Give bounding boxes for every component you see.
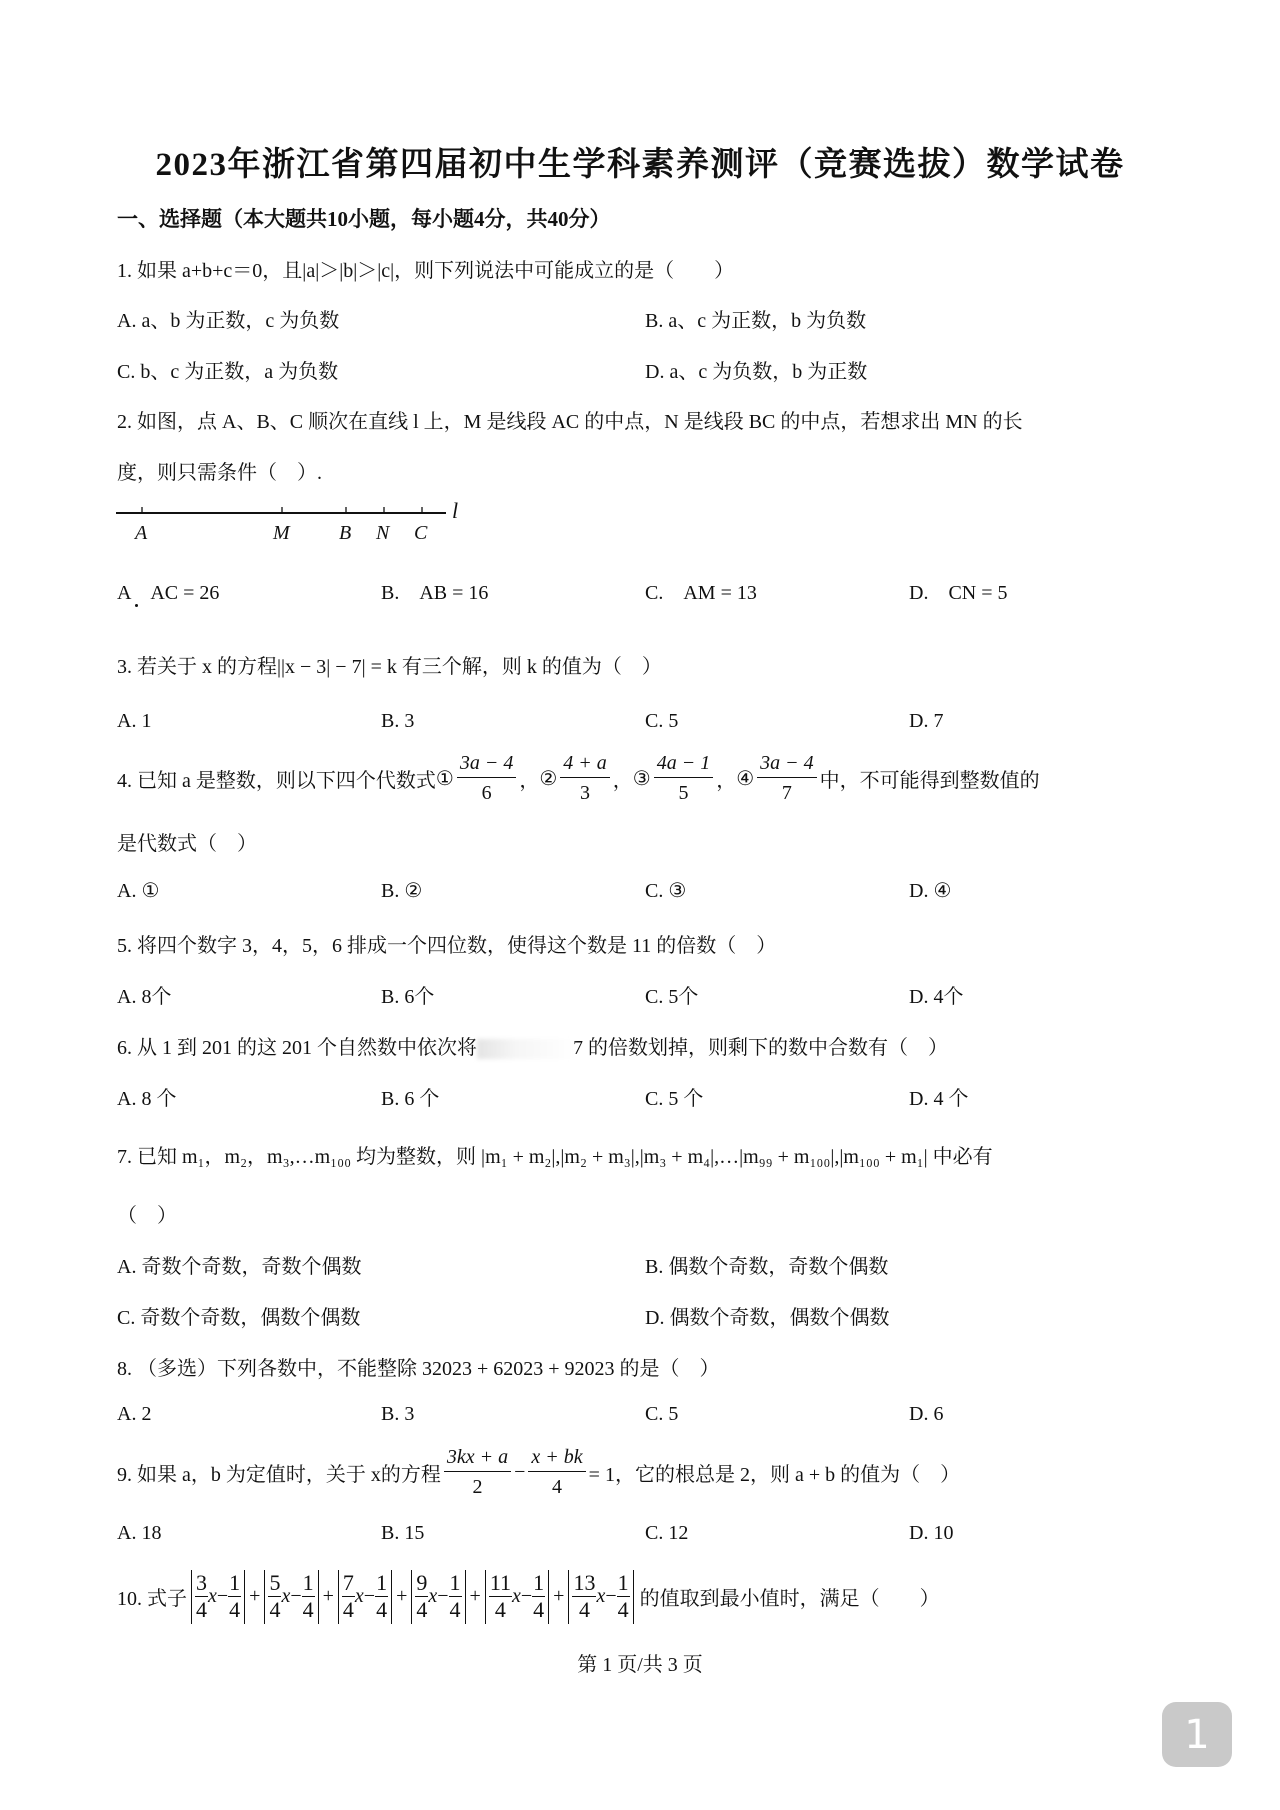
question-9-stem: 9. 如果 a，b 为定值时，关于 x的方程 3kx + a2 − x + bk… — [117, 1446, 960, 1499]
question-8-stem: 8. （多选）下列各数中，不能整除 32023 + 62023 + 92023 … — [117, 1352, 720, 1381]
q5-option-c: C. 5个 — [645, 980, 698, 1009]
q6-option-c: C. 5 个 — [645, 1082, 703, 1111]
question-4-stem-line2: 是代数式（ ） — [117, 827, 257, 856]
q2-option-b: B. AB = 16 — [381, 576, 488, 605]
q6-stem-after: 7 的倍数划掉，则剩下的数中合数有（ ） — [573, 1037, 948, 1059]
q8-option-c: C. 5 — [645, 1403, 678, 1426]
q7-option-d: D. 偶数个奇数，偶数个偶数 — [645, 1301, 889, 1330]
q9-option-a: A. 18 — [117, 1522, 161, 1545]
q4-stem-prefix: 4. 已知 a 是整数，则以下四个代数式 — [117, 764, 436, 793]
page-footer: 第 1 页/共 3 页 — [0, 1648, 1280, 1677]
q6-option-b: B. 6 个 — [381, 1082, 439, 1111]
q4-option-a: A. ① — [117, 878, 159, 903]
q10-term-5: 114x−14 — [485, 1570, 549, 1624]
q7-option-a: A. 奇数个奇数，奇数个偶数 — [117, 1250, 361, 1279]
q9-option-d: D. 10 — [909, 1522, 953, 1545]
point-label-m: M — [273, 522, 290, 545]
q5-option-a: A. 8个 — [117, 980, 171, 1009]
q4-marker-4: ④ — [736, 766, 754, 791]
point-label-n: N — [376, 522, 389, 545]
q4-marker-2: ② — [539, 766, 557, 791]
page-number-badge[interactable]: 1 — [1162, 1702, 1232, 1767]
q4-stem-suffix: 中，不可能得到整数值的 — [820, 764, 1040, 793]
question-1-stem: 1. 如果 a+b+c＝0，且|a|＞|b|＞|c|，则下列说法中可能成立的是（… — [117, 254, 734, 283]
q3-option-a: A. 1 — [117, 710, 151, 733]
q1-option-c: C. b、c 为正数，a 为负数 — [117, 355, 338, 384]
q7-option-c: C. 奇数个奇数，偶数个偶数 — [117, 1301, 360, 1330]
q9-option-b: B. 15 — [381, 1522, 424, 1545]
question-7-stem-line2: （ ） — [117, 1199, 177, 1228]
q9-fraction-1: 3kx + a2 — [444, 1446, 511, 1499]
q4-option-d: D. ④ — [909, 878, 951, 903]
numerator: 3kx + a — [444, 1446, 511, 1472]
q6-option-a: A. 8 个 — [117, 1082, 176, 1111]
numerator: 3a − 4 — [457, 752, 517, 778]
point-label-c: C — [414, 522, 427, 545]
q10-term-4: 94x−14 — [411, 1570, 465, 1624]
q9-stem-suffix: = 1，它的根总是 2，则 a + b 的值为（ ） — [589, 1458, 960, 1487]
question-5-stem: 5. 将四个数字 3，4，5，6 排成一个四位数，使得这个数是 11 的倍数（ … — [117, 929, 776, 958]
q10-term-2: 54x−14 — [264, 1570, 318, 1624]
stray-dot — [135, 604, 138, 607]
q9-fraction-2: x + bk4 — [528, 1446, 585, 1499]
q3-option-c: C. 5 — [645, 710, 678, 733]
q6-stem-before: 6. 从 1 到 201 的这 201 个自然数中依次将 — [117, 1037, 477, 1059]
plus-sign: + — [249, 1585, 260, 1608]
q4-fraction-1: 3a − 46 — [457, 752, 517, 805]
denominator: 2 — [473, 1472, 483, 1499]
q4-fraction-2: 4 + a3 — [560, 752, 610, 805]
q1-option-d: D. a、c 为负数，b 为正数 — [645, 355, 867, 384]
denominator: 7 — [782, 778, 792, 805]
q3-option-d: D. 7 — [909, 710, 943, 733]
q10-suffix: 的值取到最小值时，满足（ ） — [640, 1582, 940, 1611]
q6-option-d: D. 4 个 — [909, 1082, 968, 1111]
q9-minus: − — [514, 1461, 525, 1484]
q8-option-b: B. 3 — [381, 1403, 414, 1426]
q4-option-c: C. ③ — [645, 878, 686, 903]
numerator: 3a − 4 — [757, 752, 817, 778]
point-label-a: A — [135, 522, 147, 545]
plus-sign: + — [396, 1585, 407, 1608]
q8-option-a: A. 2 — [117, 1403, 151, 1426]
question-2-stem-line1: 2. 如图，点 A、B、C 顺次在直线 l 上，M 是线段 AC 的中点，N 是… — [117, 405, 1023, 434]
denominator: 5 — [678, 778, 688, 805]
question-10-stem: 10. 式子 34x−14 + 54x−14 + 74x−14 + 94x−14… — [117, 1570, 940, 1624]
question-4-stem: 4. 已知 a 是整数，则以下四个代数式 ① 3a − 46 ， ② 4 + a… — [117, 752, 1040, 805]
q4-marker-3: ③ — [633, 766, 651, 791]
numerator: 4 + a — [560, 752, 610, 778]
denominator: 6 — [482, 778, 492, 805]
q9-stem-prefix: 9. 如果 a，b 为定值时，关于 x的方程 — [117, 1458, 441, 1487]
q2-option-a: A AC = 26 — [117, 576, 219, 605]
question-3-stem: 3. 若关于 x 的方程||x − 3| − 7| = k 有三个解，则 k 的… — [117, 650, 662, 679]
q5-option-b: B. 6个 — [381, 980, 434, 1009]
q4-fraction-3: 4a − 15 — [654, 752, 714, 805]
numerator: x + bk — [528, 1446, 585, 1472]
q3-option-b: B. 3 — [381, 710, 414, 733]
q4-marker-1: ① — [436, 766, 454, 791]
line-label-l: l — [452, 498, 458, 524]
question-7-stem: 7. 已知 m₁，m₂，m₃,…m₁₀₀ 均为整数，则 |m₁ + m₂|,|m… — [117, 1140, 993, 1169]
section-header: 一、选择题（本大题共10小题，每小题4分，共40分） — [117, 203, 611, 233]
q4-option-b: B. ② — [381, 878, 422, 903]
denominator: 4 — [552, 1472, 562, 1499]
exam-title: 2023年浙江省第四届初中生学科素养测评（竞赛选拔）数学试卷 — [0, 138, 1280, 185]
redacted-blur — [477, 1039, 573, 1059]
q10-term-6: 134x−14 — [568, 1570, 633, 1624]
q9-option-c: C. 12 — [645, 1522, 688, 1545]
q10-prefix: 10. 式子 — [117, 1582, 187, 1611]
q5-option-d: D. 4个 — [909, 980, 963, 1009]
q2-option-c: C. AM = 13 — [645, 576, 757, 605]
q10-term-1: 34x−14 — [191, 1570, 245, 1624]
question-2-stem-line2: 度，则只需条件（ ）. — [117, 456, 322, 485]
numerator: 4a − 1 — [654, 752, 714, 778]
q8-option-d: D. 6 — [909, 1403, 943, 1426]
q2-option-d: D. CN = 5 — [909, 576, 1008, 605]
q7-option-b: B. 偶数个奇数，奇数个偶数 — [645, 1250, 888, 1279]
point-label-b: B — [339, 522, 351, 545]
denominator: 3 — [580, 778, 590, 805]
plus-sign: + — [323, 1585, 334, 1608]
q1-option-a: A. a、b 为正数，c 为负数 — [117, 304, 339, 333]
q10-term-3: 74x−14 — [338, 1570, 392, 1624]
question-6-stem: 6. 从 1 到 201 的这 201 个自然数中依次将7 的倍数划掉，则剩下的… — [117, 1031, 948, 1060]
plus-sign: + — [470, 1585, 481, 1608]
q1-option-b: B. a、c 为正数，b 为负数 — [645, 304, 866, 333]
q4-fraction-4: 3a − 47 — [757, 752, 817, 805]
plus-sign: + — [553, 1585, 564, 1608]
